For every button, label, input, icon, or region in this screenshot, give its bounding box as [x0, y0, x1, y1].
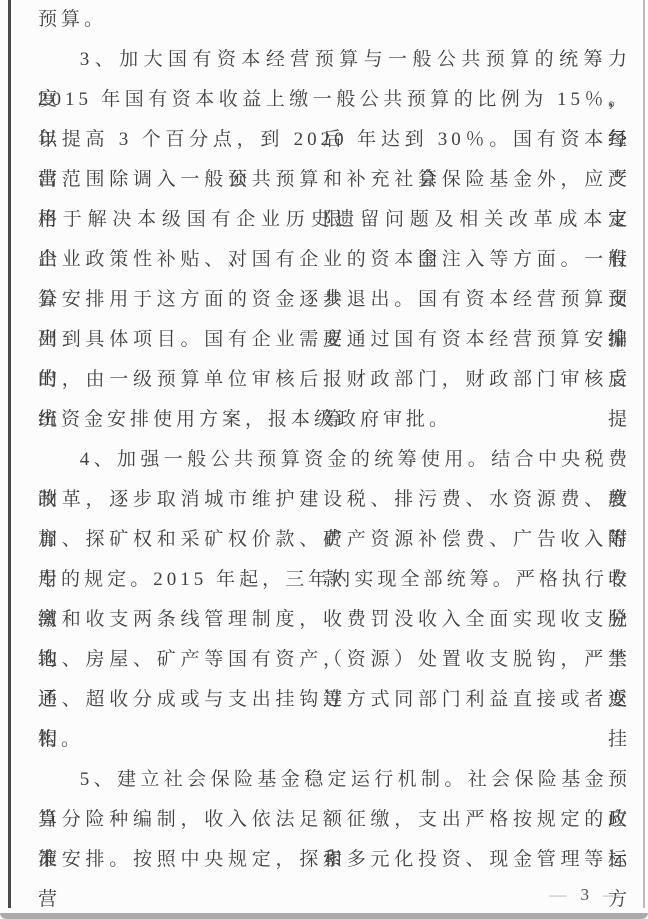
document-line: 出范围除调入一般公共预算和补充社会保险基金外，应严格限定: [38, 160, 631, 200]
document-line: 企业政策性补贴、对国有企业的资本金注入等方面。一般公共预: [38, 240, 631, 280]
document-page: 预算。3、加大国有资本经营预算与一般公共预算的统筹力度。2015 年国有资本收益…: [0, 0, 648, 919]
document-line: 还、超收分成或与支出挂钩等方式同部门利益直接或者变相挂: [38, 680, 631, 720]
scan-edge-left: [8, 0, 11, 908]
page-number: —3—: [550, 886, 621, 903]
page-number-value: 3: [581, 885, 590, 904]
page-number-dash-left: —: [550, 885, 567, 904]
document-body: 预算。3、加大国有资本经营预算与一般公共预算的统筹力度。2015 年国有资本收益…: [38, 0, 631, 880]
document-line: 离和收支两条线管理制度，收费罚没收入全面实现收支脱钩，土: [38, 600, 631, 640]
document-line: 出，由一级预算单位审核后报财政部门，财政部门审核后统筹提: [38, 360, 631, 400]
document-line: 地、房屋、矿产等国有资产（资源）处置收支脱钩，严禁通过返: [38, 640, 631, 680]
document-line: 年提高 3 个百分点，到 2020 年达到 30％。国有资本经营预算支: [38, 120, 631, 160]
document-line: 准安排。按照中央规定，探索多元化投资、现金管理等运营方: [38, 840, 631, 880]
scan-edge-right: [643, 0, 645, 908]
document-line: 列到具体项目。国有企业需要通过国有资本经营预算安排的支: [38, 320, 631, 360]
scan-edge-bottom: [0, 913, 648, 919]
document-line: 加、探矿权和采矿权价款、矿产资源补偿费、广告收入等专款专: [38, 520, 631, 560]
document-line: 2015 年国有资本收益上缴一般公共预算的比例为 15％，以后每: [38, 80, 631, 120]
document-line: 算安排用于这方面的资金逐步退出。国有资本经营预算支出应编: [38, 280, 631, 320]
page-number-dash-right: —: [603, 885, 620, 904]
document-line: 用的规定。2015 年起，三年内实现全部统筹。严格执行收缴分: [38, 560, 631, 600]
document-line: 5、建立社会保险基金稳定运行机制。社会保险基金预算应: [38, 760, 631, 800]
document-line: 改革，逐步取消城市维护建设税、排污费、水资源费、教育费附: [38, 480, 631, 520]
document-line: 4、加强一般公共预算资金的统筹使用。结合中央税费制度: [38, 440, 631, 480]
document-line: 用于解决本级国有企业历史遗留问题及相关改革成本支出、国有: [38, 200, 631, 240]
document-line: 3、加大国有资本经营预算与一般公共预算的统筹力度。: [38, 40, 631, 80]
document-line: 当分险种编制，收入依法足额征缴，支出严格按规定的政策和标: [38, 800, 631, 840]
document-line: 预算。: [38, 0, 631, 40]
